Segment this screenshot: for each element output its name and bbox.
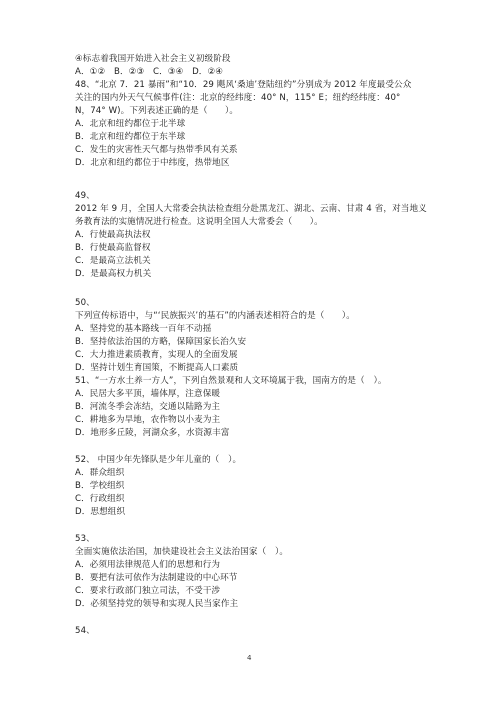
q48-option-c: C．发生的灾害性天气都与热带季风有关系 [75, 144, 238, 156]
q49-option-a: A．行使最高执法权 [75, 229, 151, 241]
q49-stem-line-1: 2012 年 9 月，全国人大常委会执法检查组分赴黑龙江、湖北、云南、甘肃 4 … [75, 203, 427, 215]
q50-stem-line-1: 下列宣传标语中，与“‘民族振兴’的基石”的内涵表述相符合的是（ ）。 [75, 310, 355, 322]
q52-option-c: C．行政组织 [75, 493, 125, 505]
q48-stem-line-3: N，74° W)。下列表述正确的是（ ）。 [75, 105, 238, 117]
q54-number: 54、 [75, 625, 95, 637]
q50-option-b: B．坚持依法治国的方略，保障国家长治久安 [75, 336, 246, 348]
q50-option-d: D．坚持计划生育国策，不断提高人口素质 [75, 362, 238, 374]
q53-number: 53、 [75, 533, 95, 545]
q51-option-c: C．耕地多为旱地，农作物以小麦为主 [75, 414, 220, 426]
q50-number: 50、 [75, 297, 95, 309]
q53-option-a: A．必须用法律规范人们的思想和行为 [75, 559, 220, 571]
q49-option-b: B．行使最高监督权 [75, 242, 151, 254]
q47-statement-4: ④标志着我国开始进入社会主义初级阶段 [75, 53, 231, 65]
q49-option-d: D．是最高权力机关 [75, 268, 151, 280]
q53-option-b: B．要把有法可依作为法制建设的中心环节 [75, 572, 237, 584]
q52-option-b: B．学校组织 [75, 480, 124, 492]
q52-option-a: A．群众组织 [75, 467, 124, 479]
q49-number: 49、 [75, 190, 95, 202]
document-page: ④标志着我国开始进入社会主义初级阶段 A．①② B．②③ C．③④ D．②④ 4… [0, 0, 499, 706]
q50-option-a: A．坚持党的基本路线一百年不动摇 [75, 323, 211, 335]
q53-option-c: C．要求行政部门独立司法，不受干涉 [75, 585, 220, 597]
q51-option-d: D．地形多丘陵，河湖众多，水资源丰富 [75, 427, 230, 439]
q48-option-d: D．北京和纽约都位于中纬度，热带地区 [75, 157, 230, 169]
q47-options: A．①② B．②③ C．③④ D．②④ [75, 66, 223, 78]
q51-stem-line-1: 51、“一方水土养一方人”，下列自然景观和人文环境属于我，国南方的是（ ）。 [75, 375, 387, 387]
q53-stem-line-1: 全面实施依法治国，加快建设社会主义法治国家（ ）。 [75, 546, 288, 558]
page-number: 4 [247, 654, 251, 662]
q48-stem-line-1: 48、“北京 7．21 暴雨”和“10．29 飓风‘桑迪’登陆纽约”分别成为 2… [75, 79, 411, 91]
q52-stem-line-1: 52、 中国少年先锋队是少年儿童的（ ）。 [75, 454, 241, 466]
q48-stem-line-2: 关注的国内外天气气候事件(注：北京的经纬度：40° N，115° E；纽约经纬度… [75, 92, 400, 104]
q49-option-c: C．是最高立法机关 [75, 255, 151, 267]
q48-option-a: A．北京和纽约都位于北半球 [75, 118, 185, 130]
q49-stem-line-2: 务教育法的实施情况进行检查。这说明全国人大常委会（ ）。 [75, 216, 323, 228]
q51-option-b: B．河流冬季会冻结，交通以陆路为主 [75, 401, 220, 413]
q52-option-d: D．思想组织 [75, 506, 125, 518]
q48-option-b: B．北京和纽约都位于东半球 [75, 131, 185, 143]
q51-option-a: A．民居大多平顶，墙体厚，注意保暖 [75, 388, 220, 400]
q53-option-d: D．必须坚持党的领导和实现人民当家作主 [75, 598, 238, 610]
q50-option-c: C．大力推进素质教育，实现人的全面发展 [75, 349, 238, 361]
